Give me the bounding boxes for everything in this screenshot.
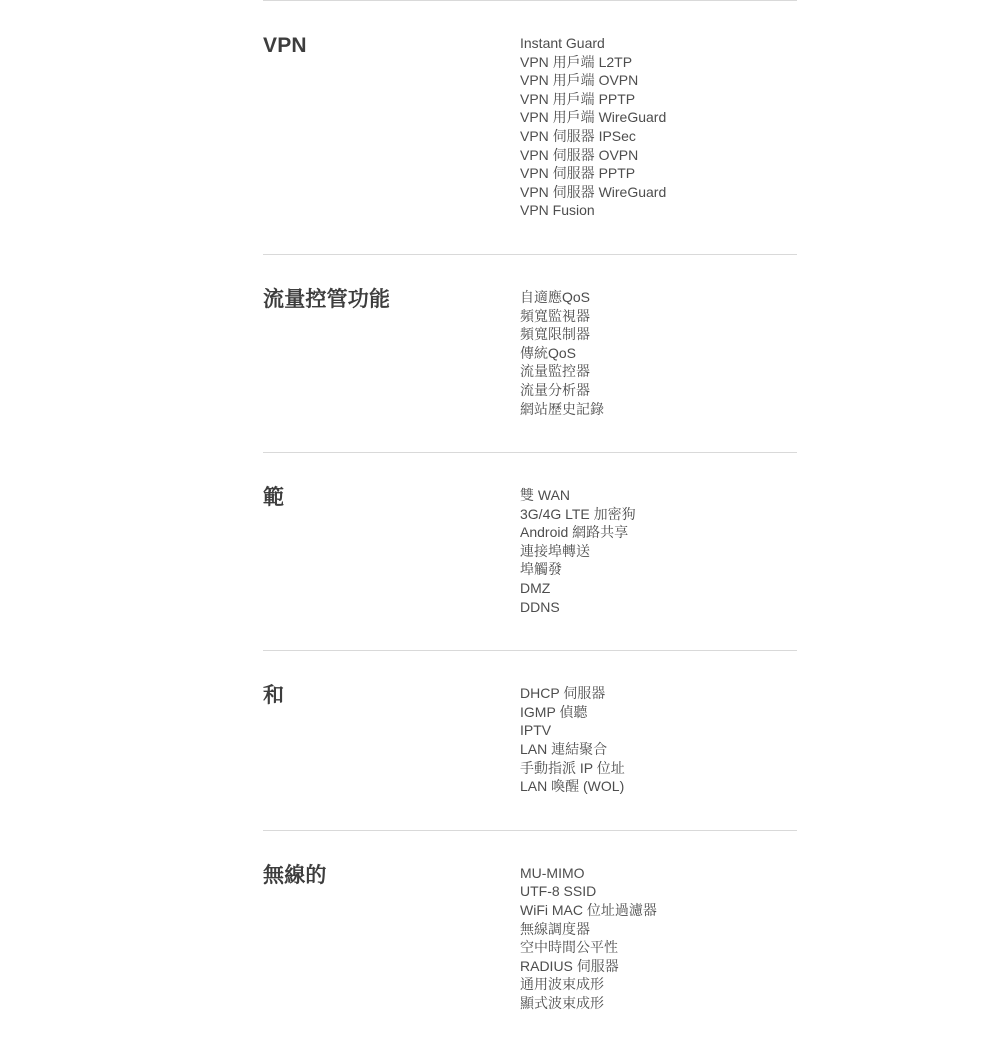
spec-item: IPTV — [520, 721, 797, 740]
spec-item: Instant Guard — [520, 34, 797, 53]
spec-section: 流量控管功能 自適應QoS頻寬監視器頻寬限制器傳統QoS流量監控器流量分析器網站… — [263, 254, 797, 452]
spec-item: WiFi MAC 位址過濾器 — [520, 901, 797, 920]
spec-item: 頻寬監視器 — [520, 307, 797, 326]
section-label: 範 — [263, 486, 520, 510]
spec-item: 雙 WAN — [520, 486, 797, 505]
spec-item: 無線調度器 — [520, 920, 797, 939]
spec-item: LAN 連結聚合 — [520, 740, 797, 759]
section-items: Instant GuardVPN 用戶端 L2TPVPN 用戶端 OVPNVPN… — [520, 34, 797, 220]
spec-item: 通用波束成形 — [520, 975, 797, 994]
spec-section: 無線的 MU-MIMOUTF-8 SSIDWiFi MAC 位址過濾器無線調度器… — [263, 830, 797, 1000]
spec-item: 埠觸發 — [520, 560, 797, 579]
section-label: VPN — [263, 34, 520, 58]
spec-item: Android 網路共享 — [520, 523, 797, 542]
spec-item: 3G/4G LTE 加密狗 — [520, 505, 797, 524]
spec-item: VPN 用戶端 PPTP — [520, 90, 797, 109]
section-items: DHCP 伺服器IGMP 偵聽IPTVLAN 連結聚合手動指派 IP 位址LAN… — [520, 684, 797, 796]
spec-item: VPN 伺服器 IPSec — [520, 127, 797, 146]
spec-item: 自適應QoS — [520, 288, 797, 307]
spec-item: 連接埠轉送 — [520, 542, 797, 561]
spec-item: 顯式波束成形 — [520, 994, 797, 1000]
section-items: MU-MIMOUTF-8 SSIDWiFi MAC 位址過濾器無線調度器空中時間… — [520, 864, 797, 1000]
spec-item: VPN 伺服器 OVPN — [520, 146, 797, 165]
spec-item: DDNS — [520, 598, 797, 617]
spec-item: DHCP 伺服器 — [520, 684, 797, 703]
spec-item: 手動指派 IP 位址 — [520, 759, 797, 778]
spec-item: 空中時間公平性 — [520, 938, 797, 957]
section-items: 雙 WAN3G/4G LTE 加密狗Android 網路共享連接埠轉送埠觸發DM… — [520, 486, 797, 616]
spec-section: 和 DHCP 伺服器IGMP 偵聽IPTVLAN 連結聚合手動指派 IP 位址L… — [263, 650, 797, 830]
spec-item: LAN 喚醒 (WOL) — [520, 777, 797, 796]
spec-item: VPN 用戶端 WireGuard — [520, 108, 797, 127]
spec-item: RADIUS 伺服器 — [520, 957, 797, 976]
spec-item: UTF-8 SSID — [520, 882, 797, 901]
spec-item: DMZ — [520, 579, 797, 598]
spec-item: MU-MIMO — [520, 864, 797, 883]
section-items: 自適應QoS頻寬監視器頻寬限制器傳統QoS流量監控器流量分析器網站歷史記錄 — [520, 288, 797, 418]
spec-item: 流量監控器 — [520, 362, 797, 381]
spec-item: 頻寬限制器 — [520, 325, 797, 344]
spec-item: VPN 伺服器 WireGuard — [520, 183, 797, 202]
spec-item: IGMP 偵聽 — [520, 703, 797, 722]
spec-section: 範 雙 WAN3G/4G LTE 加密狗Android 網路共享連接埠轉送埠觸發… — [263, 452, 797, 650]
spec-item: 網站歷史記錄 — [520, 400, 797, 419]
spec-item: 流量分析器 — [520, 381, 797, 400]
spec-item: 傳統QoS — [520, 344, 797, 363]
spec-item: VPN 用戶端 OVPN — [520, 71, 797, 90]
section-label: 流量控管功能 — [263, 288, 520, 312]
spec-item: VPN 伺服器 PPTP — [520, 164, 797, 183]
spec-table: VPN Instant GuardVPN 用戶端 L2TPVPN 用戶端 OVP… — [263, 0, 797, 1000]
section-label: 無線的 — [263, 864, 520, 888]
spec-item: VPN 用戶端 L2TP — [520, 53, 797, 72]
spec-item: VPN Fusion — [520, 201, 797, 220]
spec-section: VPN Instant GuardVPN 用戶端 L2TPVPN 用戶端 OVP… — [263, 0, 797, 254]
section-label: 和 — [263, 684, 520, 708]
